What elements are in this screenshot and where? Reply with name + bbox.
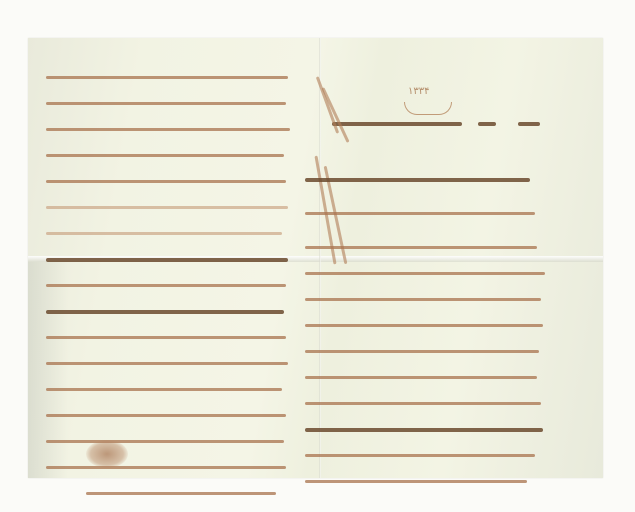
text-line [46,68,288,88]
text-line [305,316,545,336]
text-line [46,146,288,166]
text-line [46,120,288,140]
text-line [305,368,545,388]
text-line [305,264,545,284]
text-line [305,446,545,466]
text-line [305,290,545,310]
text-line [46,250,288,270]
text-line [46,172,288,192]
seal-signature [86,440,128,468]
left-column-text [46,68,288,510]
text-line [305,394,545,414]
salutation-line [318,84,558,108]
right-column-text [305,108,545,498]
text-line [46,406,288,426]
text-line [46,458,288,478]
text-line [46,276,288,296]
text-line [46,302,288,322]
text-line [46,224,288,244]
text-line [46,198,288,218]
text-line [46,484,288,504]
text-line [305,342,545,362]
text-line [305,472,545,492]
text-line [305,420,545,440]
text-line [46,432,288,452]
text-line [46,328,288,348]
text-line [46,354,288,374]
text-line [305,170,545,190]
text-line [46,380,288,400]
text-line [305,204,545,224]
text-line [305,238,545,258]
text-line [46,94,288,114]
